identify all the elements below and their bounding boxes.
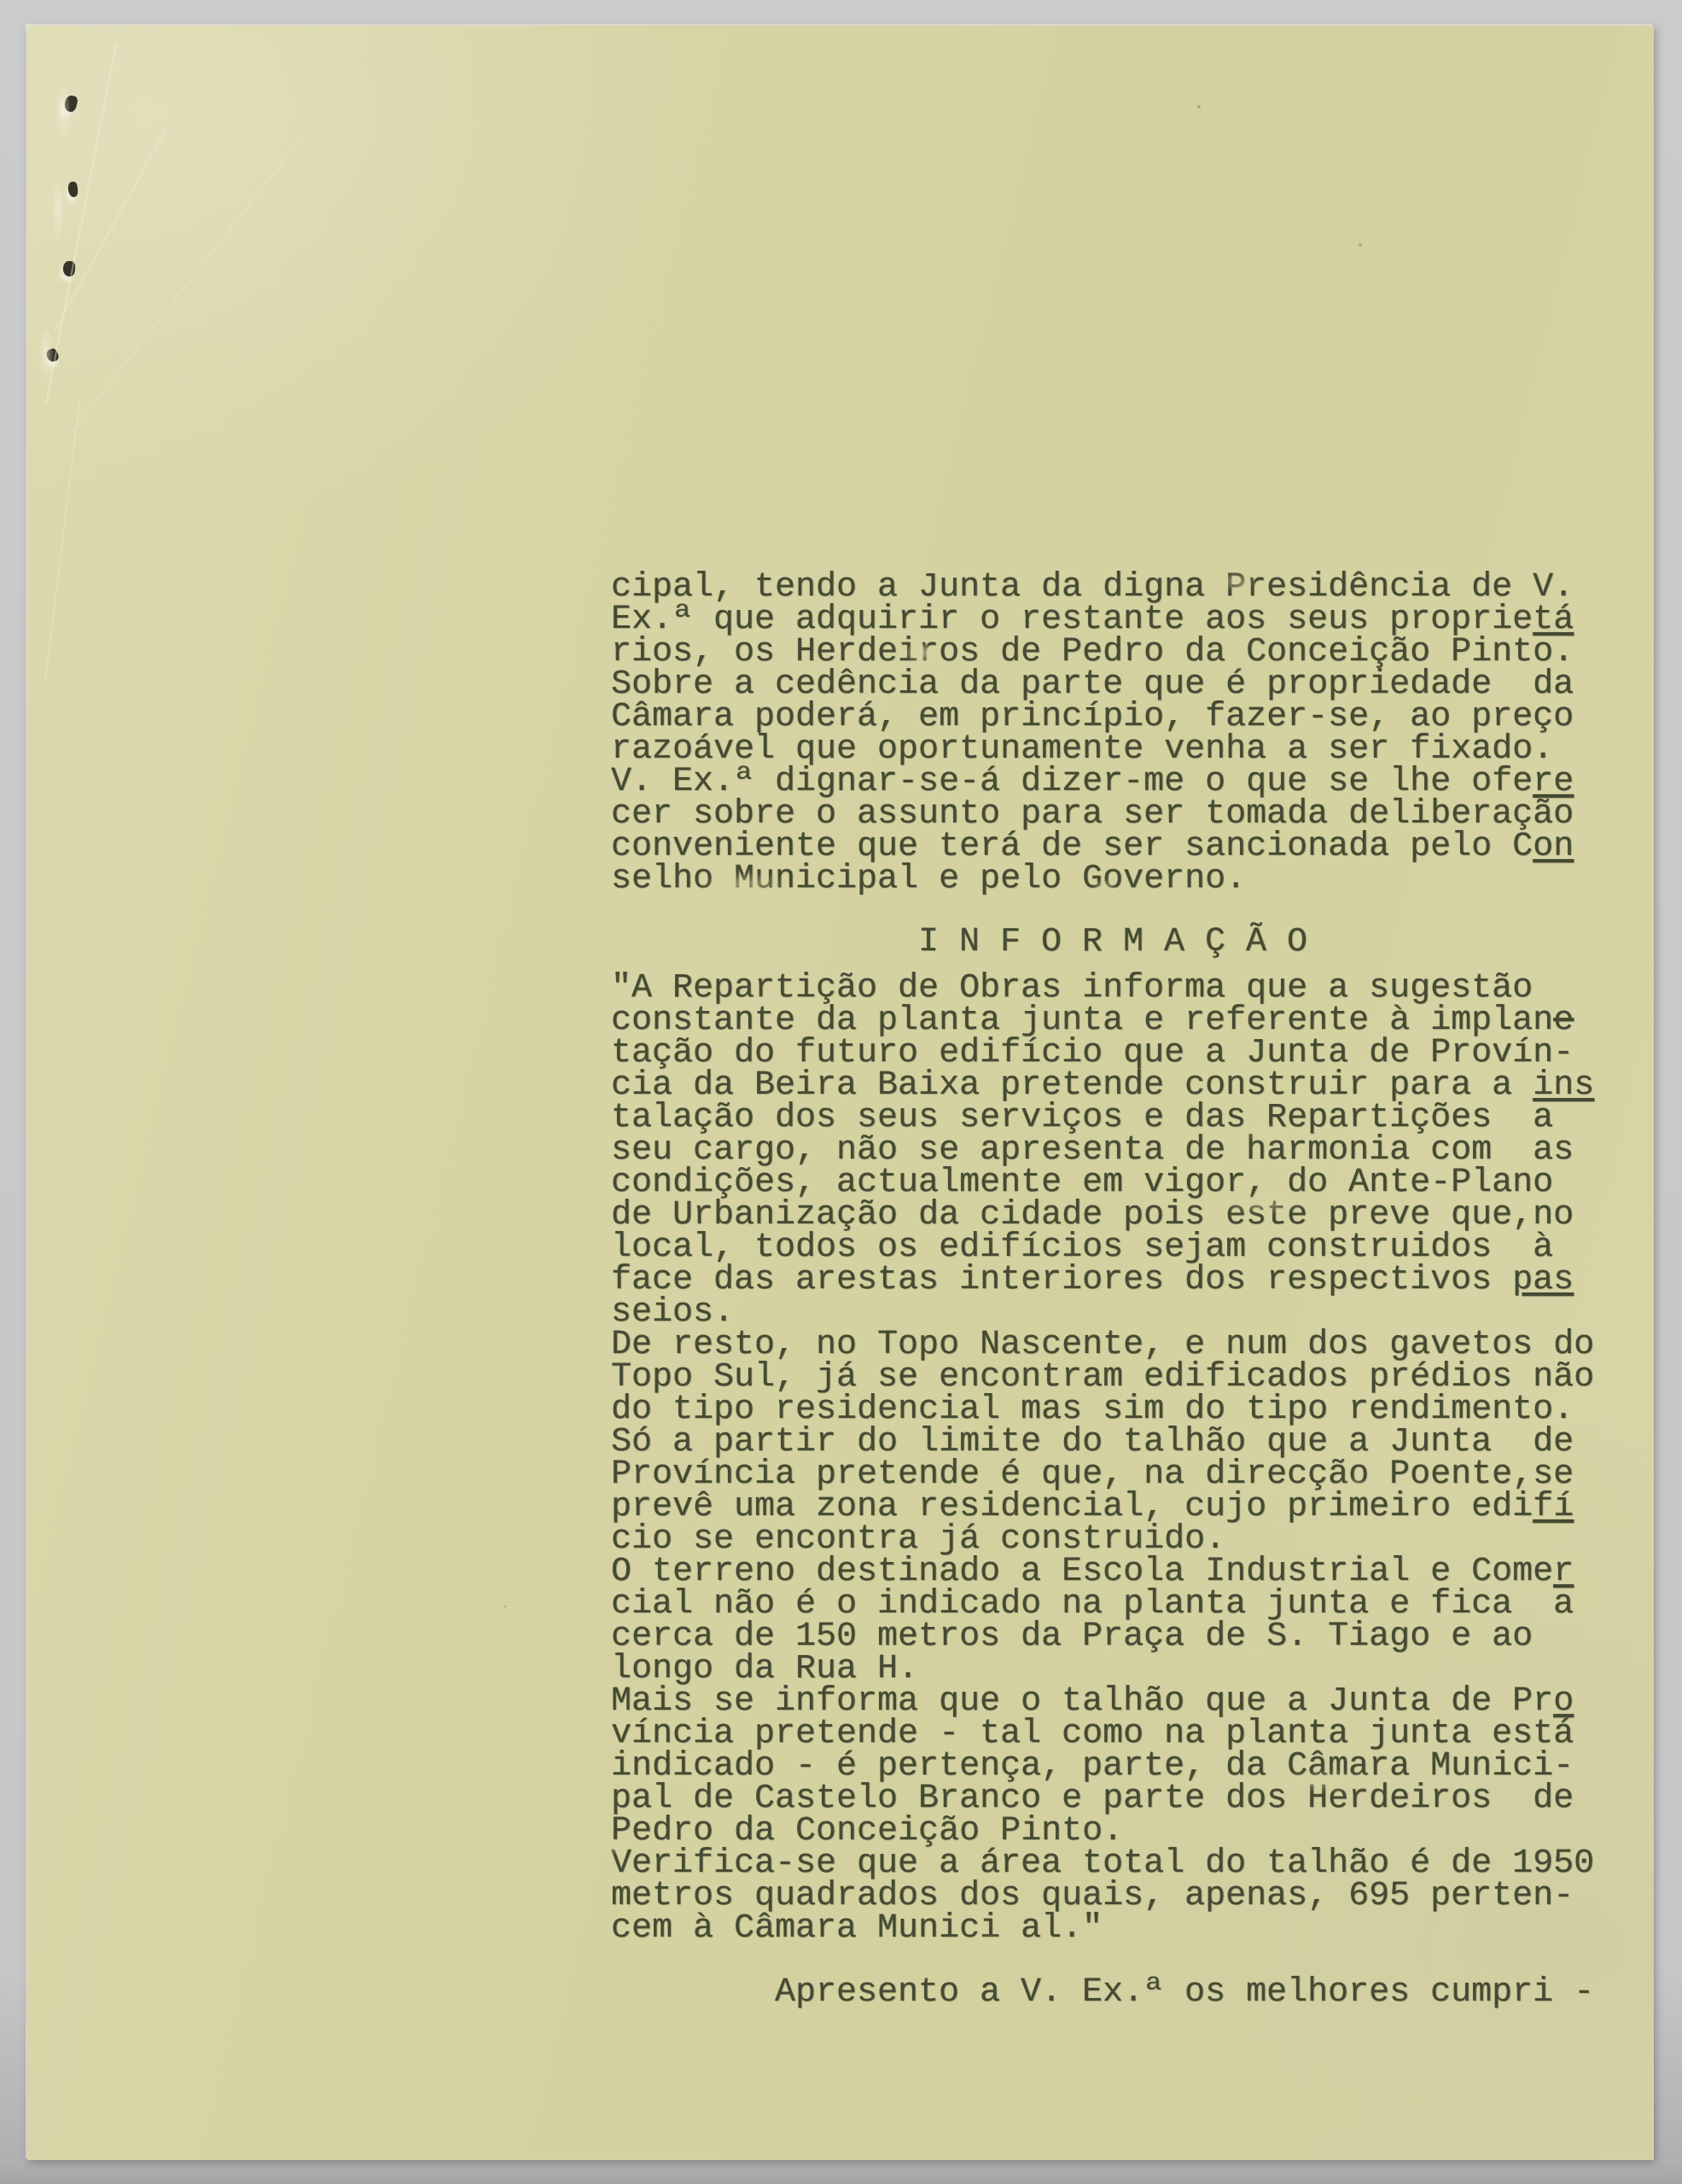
typewritten-line: local, todos os edifícios sejam construi… (611, 1232, 1594, 1264)
typewritten-line: seios. (611, 1297, 1594, 1329)
typewritten-line: indicado - é pertença, parte, da Câmara … (611, 1751, 1594, 1783)
typewritten-line: rios, os Herdeiros de Pedro da Conceição… (611, 636, 1574, 669)
typewritten-line: cipal, tendo a Junta da digna Presidênci… (611, 572, 1574, 604)
typewritten-line: cial não é o indicado na planta junta e … (611, 1589, 1594, 1621)
typewritten-line: cia da Beira Baixa pretende construir pa… (611, 1070, 1594, 1102)
typewritten-line: constante da planta junta e referente à … (611, 1005, 1594, 1037)
typewritten-line: Só a partir do limite do talhão que a Ju… (611, 1426, 1594, 1459)
typewritten-line: face das arestas interiores dos respecti… (611, 1264, 1594, 1297)
typewritten-line: Mais se informa que o talhão que a Junta… (611, 1686, 1594, 1718)
typewritten-line: talação dos seus serviços e das Repartiç… (611, 1102, 1594, 1135)
typewritten-line: víncia pretende - tal como na planta jun… (611, 1718, 1594, 1751)
typewritten-line: Pedro da Conceição Pinto. (611, 1815, 1594, 1848)
typewritten-line: condições, actualmente em vigor, do Ante… (611, 1167, 1594, 1199)
typewritten-line: cerca de 150 metros da Praça de S. Tiago… (611, 1621, 1594, 1653)
paper-crease (54, 129, 167, 331)
typewritten-line: Câmara poderá, em princípio, fazer-se, a… (611, 701, 1574, 734)
typewritten-line: selho Municipal e pelo Governo. (611, 863, 1574, 896)
typewritten-line: pal de Castelo Branco e parte dos Herdei… (611, 1783, 1594, 1815)
typewritten-line: prevê uma zona residencial, cujo primeir… (611, 1491, 1594, 1524)
paper-crease (70, 137, 302, 434)
typewritten-line: V. Ex.ª dignar-se-á dizer-me o que se lh… (611, 766, 1574, 799)
typewritten-line: conveniente que terá de ser sancionada p… (611, 831, 1574, 863)
typewritten-line: razoável que oportunamente venha a ser f… (611, 734, 1574, 766)
binding-mark (67, 181, 79, 197)
typewritten-line: Apresento a V. Ex.ª os melhores cumpri - (775, 1976, 1594, 2010)
typewritten-line: cio se encontra já construido. (611, 1524, 1594, 1556)
typewritten-line: Ex.ª que adquirir o restante aos seus pr… (611, 604, 1574, 636)
typewritten-line: seu cargo, não se apresenta de harmonia … (611, 1135, 1594, 1167)
typewritten-line: Província pretende é que, na direcção Po… (611, 1459, 1594, 1491)
closing-line-block: Apresento a V. Ex.ª os melhores cumpri - (775, 1976, 1594, 2010)
typewritten-line: Topo Sul, já se encontram edificados pré… (611, 1362, 1594, 1394)
paper-crease (45, 44, 117, 404)
typewritten-line: "A Repartição de Obras informa que a sug… (611, 973, 1594, 1005)
typewritten-line: cer sobre o assunto para ser tomada deli… (611, 799, 1574, 831)
information-paragraph: "A Repartição de Obras informa que a sug… (611, 973, 1594, 1945)
typewritten-line: De resto, no Topo Nascente, e num dos ga… (611, 1329, 1594, 1362)
typewritten-line: Verifica-se que a área total do talhão é… (611, 1848, 1594, 1880)
typewritten-line: tação do futuro edifício que a Junta de … (611, 1037, 1594, 1070)
typewritten-line: Sobre a cedência da parte que é propried… (611, 669, 1574, 701)
typewritten-line: cem à Câmara Munici al." (611, 1913, 1594, 1945)
binding-mark (63, 95, 79, 113)
typewritten-line: O terreno destinado a Escola Industrial … (611, 1556, 1594, 1589)
scan-background: cipal, tendo a Junta da digna Presidênci… (0, 0, 1682, 2184)
typewritten-line: longo da Rua H. (611, 1653, 1594, 1686)
intro-paragraph: cipal, tendo a Junta da digna Presidênci… (611, 572, 1574, 896)
typewritten-line: do tipo residencial mas sim do tipo rend… (611, 1394, 1594, 1426)
typewritten-line: metros quadrados dos quais, apenas, 695 … (611, 1880, 1594, 1913)
binding-mark (45, 347, 61, 363)
paper-crease (44, 402, 80, 682)
document-paper: cipal, tendo a Junta da digna Presidênci… (27, 26, 1654, 2160)
typewritten-line: de Urbanização da cidade pois este preve… (611, 1199, 1594, 1232)
section-heading: I N F O R M A Ç Ã O (611, 926, 1615, 960)
